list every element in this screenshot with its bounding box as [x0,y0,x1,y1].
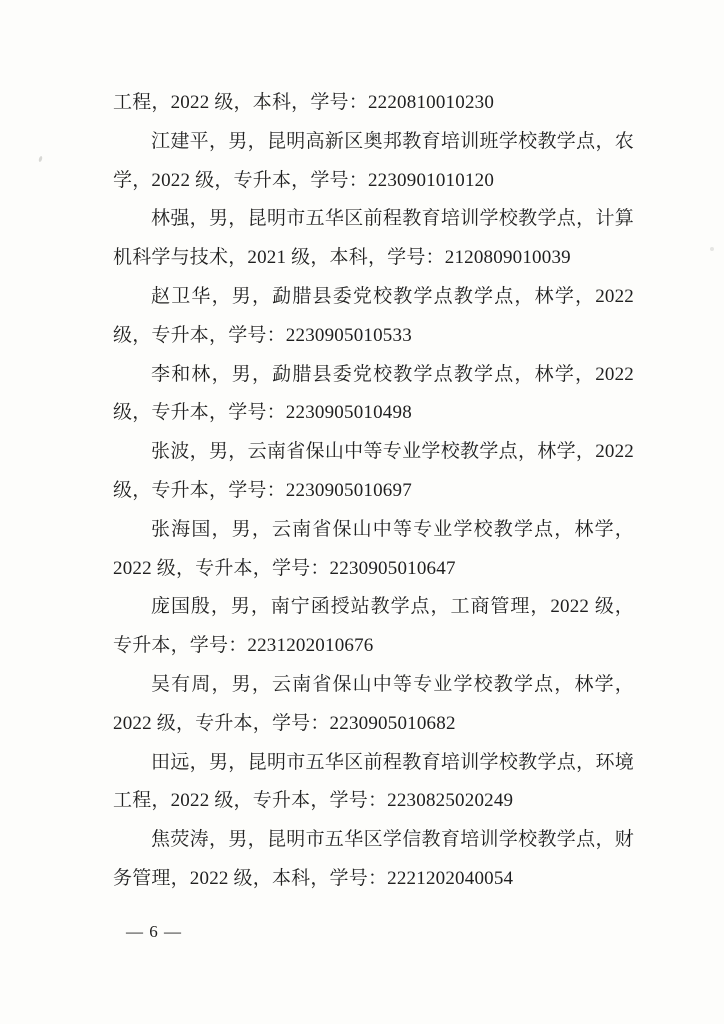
scan-speck [38,156,43,163]
student-entry: 吴有周，男，云南省保山中等专业学校教学点，林学，2022 级，专升本，学号：22… [113,666,634,744]
student-entry: 江建平，男，昆明高新区奥邦教育培训班学校教学点，农学，2022 级，专升本，学号… [113,123,634,201]
student-entry: 焦荧涛，男，昆明市五华区学信教育培训学校教学点，财务管理，2022 级，本科，学… [113,821,634,899]
student-entry: 李和林，男，勐腊县委党校教学点教学点，林学，2022 级，专升本，学号：2230… [113,356,634,434]
page-number: — 6 — [126,922,182,942]
student-entry: 张海国，男，云南省保山中等专业学校教学点，林学，2022 级，专升本，学号：22… [113,511,634,589]
scan-speck [710,247,714,251]
student-entry: 赵卫华，男，勐腊县委党校教学点教学点，林学，2022 级，专升本，学号：2230… [113,278,634,356]
student-entry: 田远，男，昆明市五华区前程教育培训学校教学点，环境工程，2022 级，专升本，学… [113,744,634,822]
scanned-document-page: 工程，2022 级，本科，学号：2220810010230江建平，男，昆明高新区… [0,0,724,1024]
student-entry: 林强，男，昆明市五华区前程教育培训学校教学点，计算机科学与技术，2021 级，本… [113,200,634,278]
document-body: 工程，2022 级，本科，学号：2220810010230江建平，男，昆明高新区… [113,84,634,899]
student-entry: 庞国殷，男，南宁函授站教学点，工商管理，2022 级，专升本，学号：223120… [113,588,634,666]
student-entry: 工程，2022 级，本科，学号：2220810010230 [113,84,634,123]
student-entry: 张波，男，云南省保山中等专业学校教学点，林学，2022 级，专升本，学号：223… [113,433,634,511]
